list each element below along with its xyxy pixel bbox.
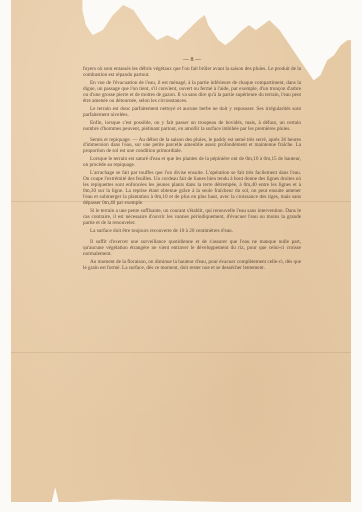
- paragraph: Au moment de la floraison, on diminue la…: [83, 260, 301, 272]
- paragraph: Il suffit d'exercer une surveillance quo…: [83, 240, 301, 258]
- paragraph: Enfin, lorsque c'est possible, on y fait…: [83, 121, 301, 133]
- paragraph: Le terrain est donc parfaitement nettoyé…: [83, 107, 301, 119]
- paragraph-section-semis: Semis et repiquage. — Au début de la sai…: [83, 138, 301, 156]
- paragraph: L'arrachage se fait par touffes que l'on…: [83, 171, 301, 206]
- document-page: — 8 — foyers où sont entassés les débris…: [83, 58, 301, 274]
- paragraph: foyers où sont entassés les débris végét…: [83, 67, 301, 79]
- paragraph: Lorsque le terrain est saturé d'eau et q…: [83, 157, 301, 169]
- paragraph: En vue de l'évacuation de l'eau, il est …: [83, 81, 301, 105]
- paragraph: Si le terrain a une pente suffisante, un…: [83, 209, 301, 227]
- paragraph: La surface doit être toujours recouverte…: [83, 229, 301, 235]
- paper-fold-crease: [11, 352, 351, 353]
- page-number: — 8 —: [83, 58, 301, 64]
